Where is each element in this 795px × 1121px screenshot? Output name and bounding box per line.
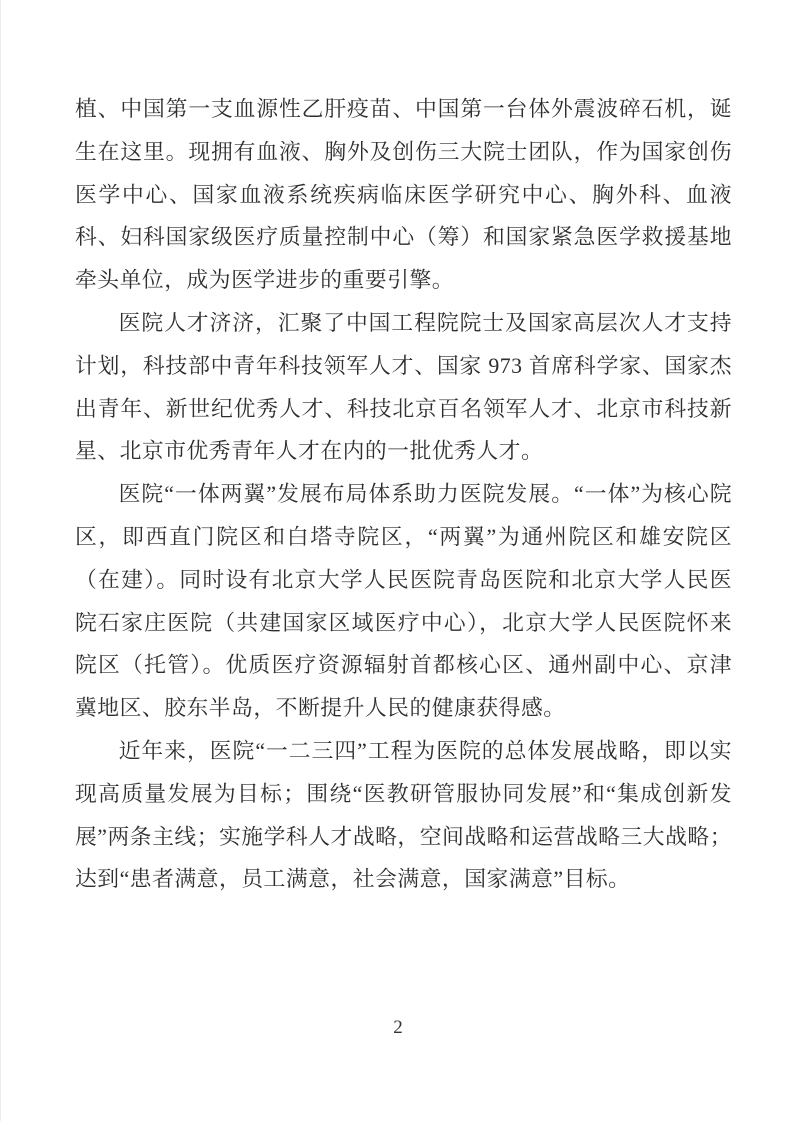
page-body-text: 植、中国第一支血源性乙肝疫苗、中国第一台体外震波碎石机，诞生在这里。现拥有血液、… [75, 88, 732, 901]
paragraph-development-strategy: 近年来，医院“一二三四”工程为医院的总体发展战略，即以实现高质量发展为目标；围绕… [75, 730, 732, 901]
document-page: 植、中国第一支血源性乙肝疫苗、中国第一台体外震波碎石机，诞生在这里。现拥有血液、… [0, 0, 795, 1121]
paragraph-hospital-achievements: 植、中国第一支血源性乙肝疫苗、中国第一台体外震波碎石机，诞生在这里。现拥有血液、… [75, 88, 732, 302]
paragraph-talent: 医院人才济济，汇聚了中国工程院院士及国家高层次人才支持计划，科技部中青年科技领军… [75, 302, 732, 473]
paragraph-campus-layout: 医院“一体两翼”发展布局体系助力医院发展。“一体”为核心院区，即西直门院区和白塔… [75, 473, 732, 730]
page-number: 2 [1, 1016, 795, 1040]
